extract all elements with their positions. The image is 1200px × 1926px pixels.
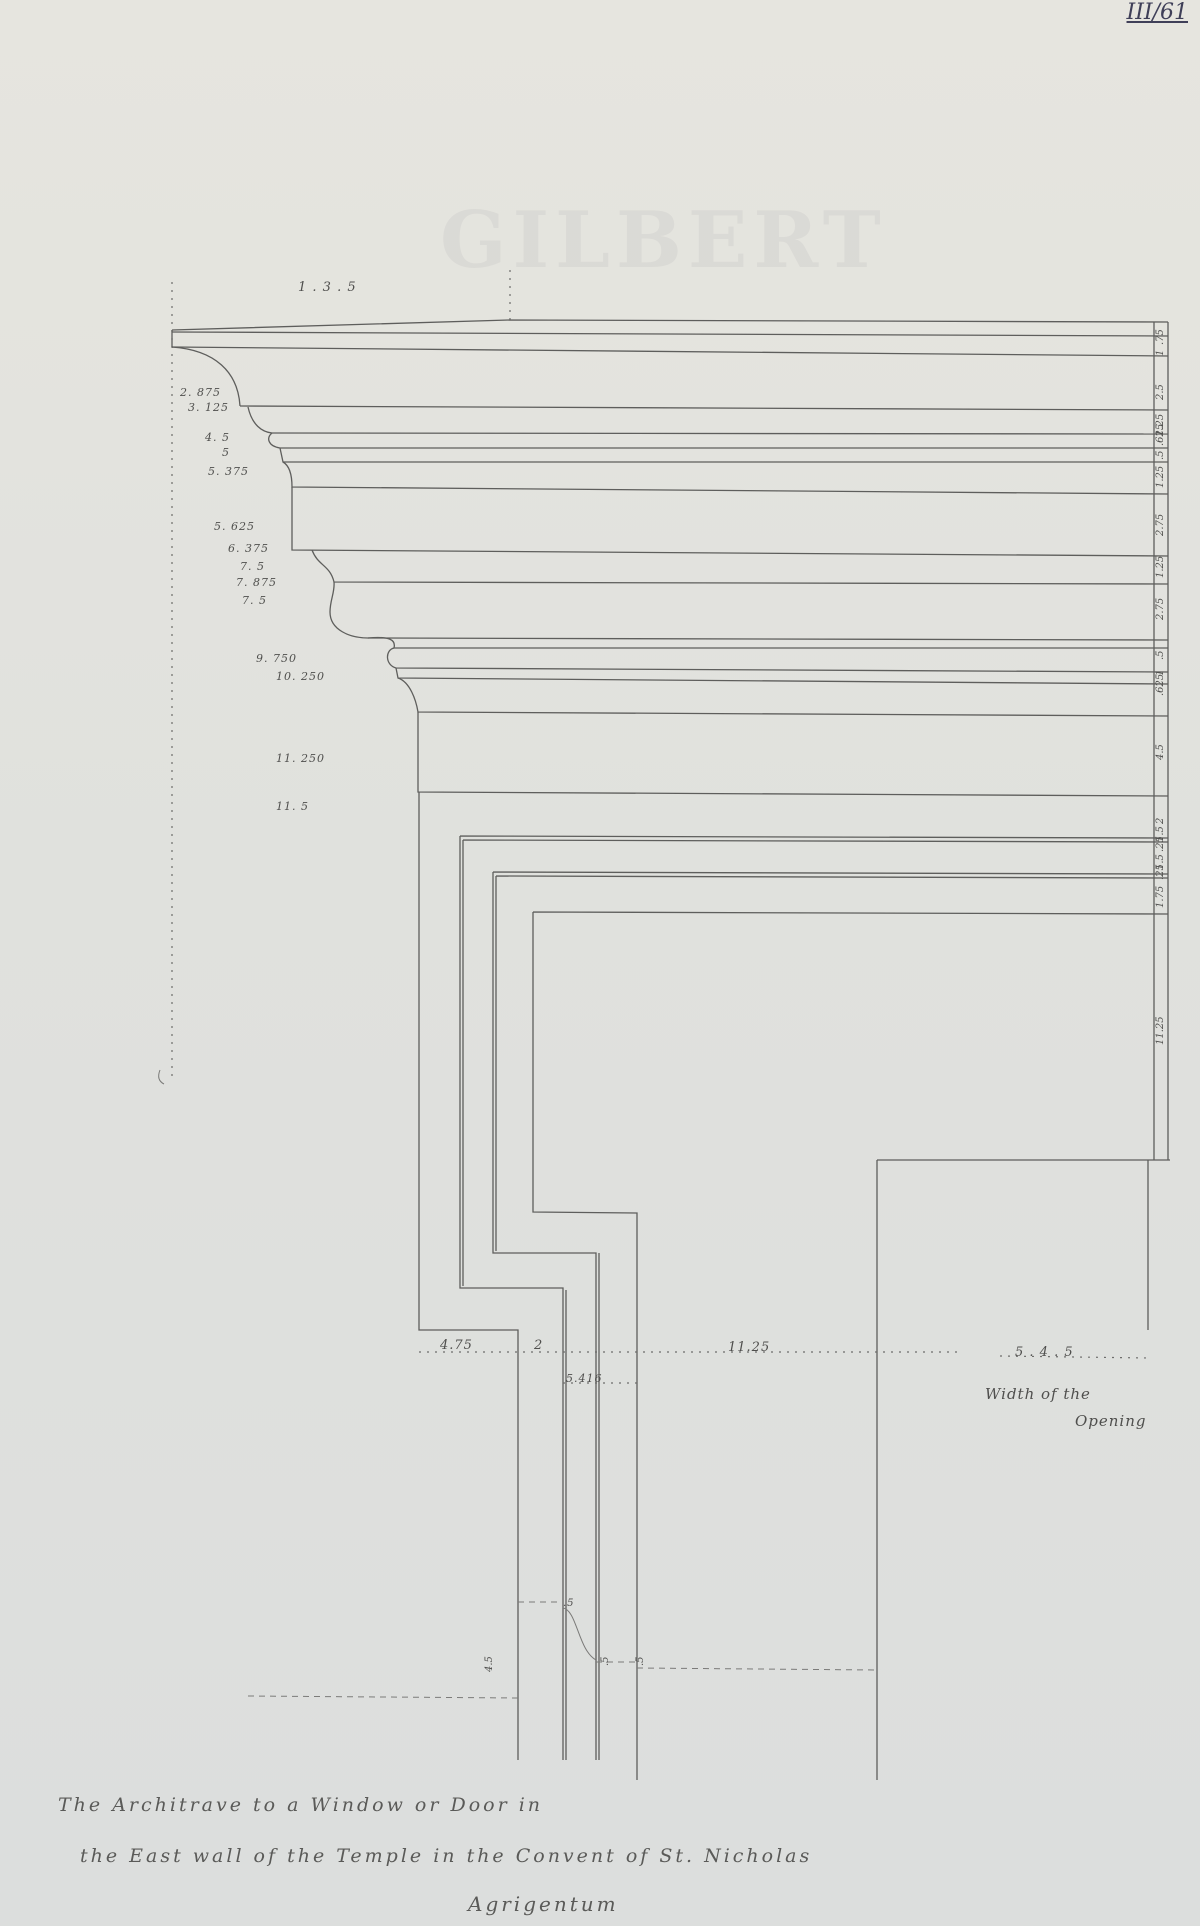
architrave-elevation [0,0,1200,1926]
height-label: .75 [1155,329,1166,345]
offset-label: 5. 375 [208,465,249,478]
height-label: 4.5 [1155,744,1166,760]
offset-label: 7. 5 [242,594,267,607]
architrave-fascia-2 [493,872,1168,1760]
detail-section-line [248,1696,518,1698]
detail-label: .5 [563,1598,575,1609]
caption-line-1: The Architrave to a Window or Door in [58,1794,543,1816]
offset-label: 9. 750 [256,652,297,665]
offset-label: 11. 250 [276,752,325,765]
opening-outline [877,1160,1170,1780]
frieze-block [418,712,1168,796]
top-dimension-label: 1 . 3 . 5 [298,280,357,295]
height-label: .25 [1155,864,1166,880]
offset-label: 3. 125 [188,401,229,414]
reference-hook [159,1070,164,1084]
width-label: 11.25 [728,1340,770,1355]
opening-note-line1: Width of the [985,1385,1091,1403]
cornice-top-line [172,320,1168,330]
height-label: 2.5 [1155,384,1166,400]
height-label: 1.25 [1155,556,1166,578]
drawing-sheet: GILBERT III/61 [0,0,1200,1926]
height-label: 1.75 [1155,886,1166,908]
height-label: .5 [1155,450,1166,460]
height-label: .5 [1155,650,1166,660]
offset-label: 7. 5 [240,560,265,573]
caption-line-3: Agrigentum [468,1892,619,1916]
architrave-fascia-1 [460,836,1168,1760]
height-label: .625 [1155,674,1166,696]
width-label: 4.75 [440,1338,473,1353]
architrave-outer [419,792,518,1760]
height-label: 1 [1155,350,1166,356]
detail-label: .5 [635,1656,646,1666]
height-label: 2.75 [1155,598,1166,620]
height-label: .25 [1155,836,1166,852]
offset-label: 7. 875 [236,576,277,589]
offset-label: 5. 625 [214,520,255,533]
detail-label: 4.5 [484,1656,495,1672]
height-label: 2.75 [1155,514,1166,536]
height-label: .625 [1155,424,1166,446]
offset-label: 6. 375 [228,542,269,555]
offset-label: 11. 5 [276,800,309,813]
width-label: 2 [534,1338,543,1353]
height-label: 1.25 [1155,466,1166,488]
caption-line-2: the East wall of the Temple in the Conve… [80,1845,812,1867]
offset-label: 10. 250 [276,670,325,683]
offset-label: 2. 875 [180,386,221,399]
opening-note-line2: Opening [1075,1412,1147,1430]
detail-label: .5 [600,1656,611,1666]
width-label: 5.416 [566,1372,603,1385]
opening-width-label: 5 . 4 . 5 [1015,1345,1074,1360]
offset-label: 4. 5 [205,431,230,444]
offset-label: 5 [222,446,230,459]
height-label: 2 [1155,818,1166,824]
height-label: 11.25 [1155,1016,1166,1045]
